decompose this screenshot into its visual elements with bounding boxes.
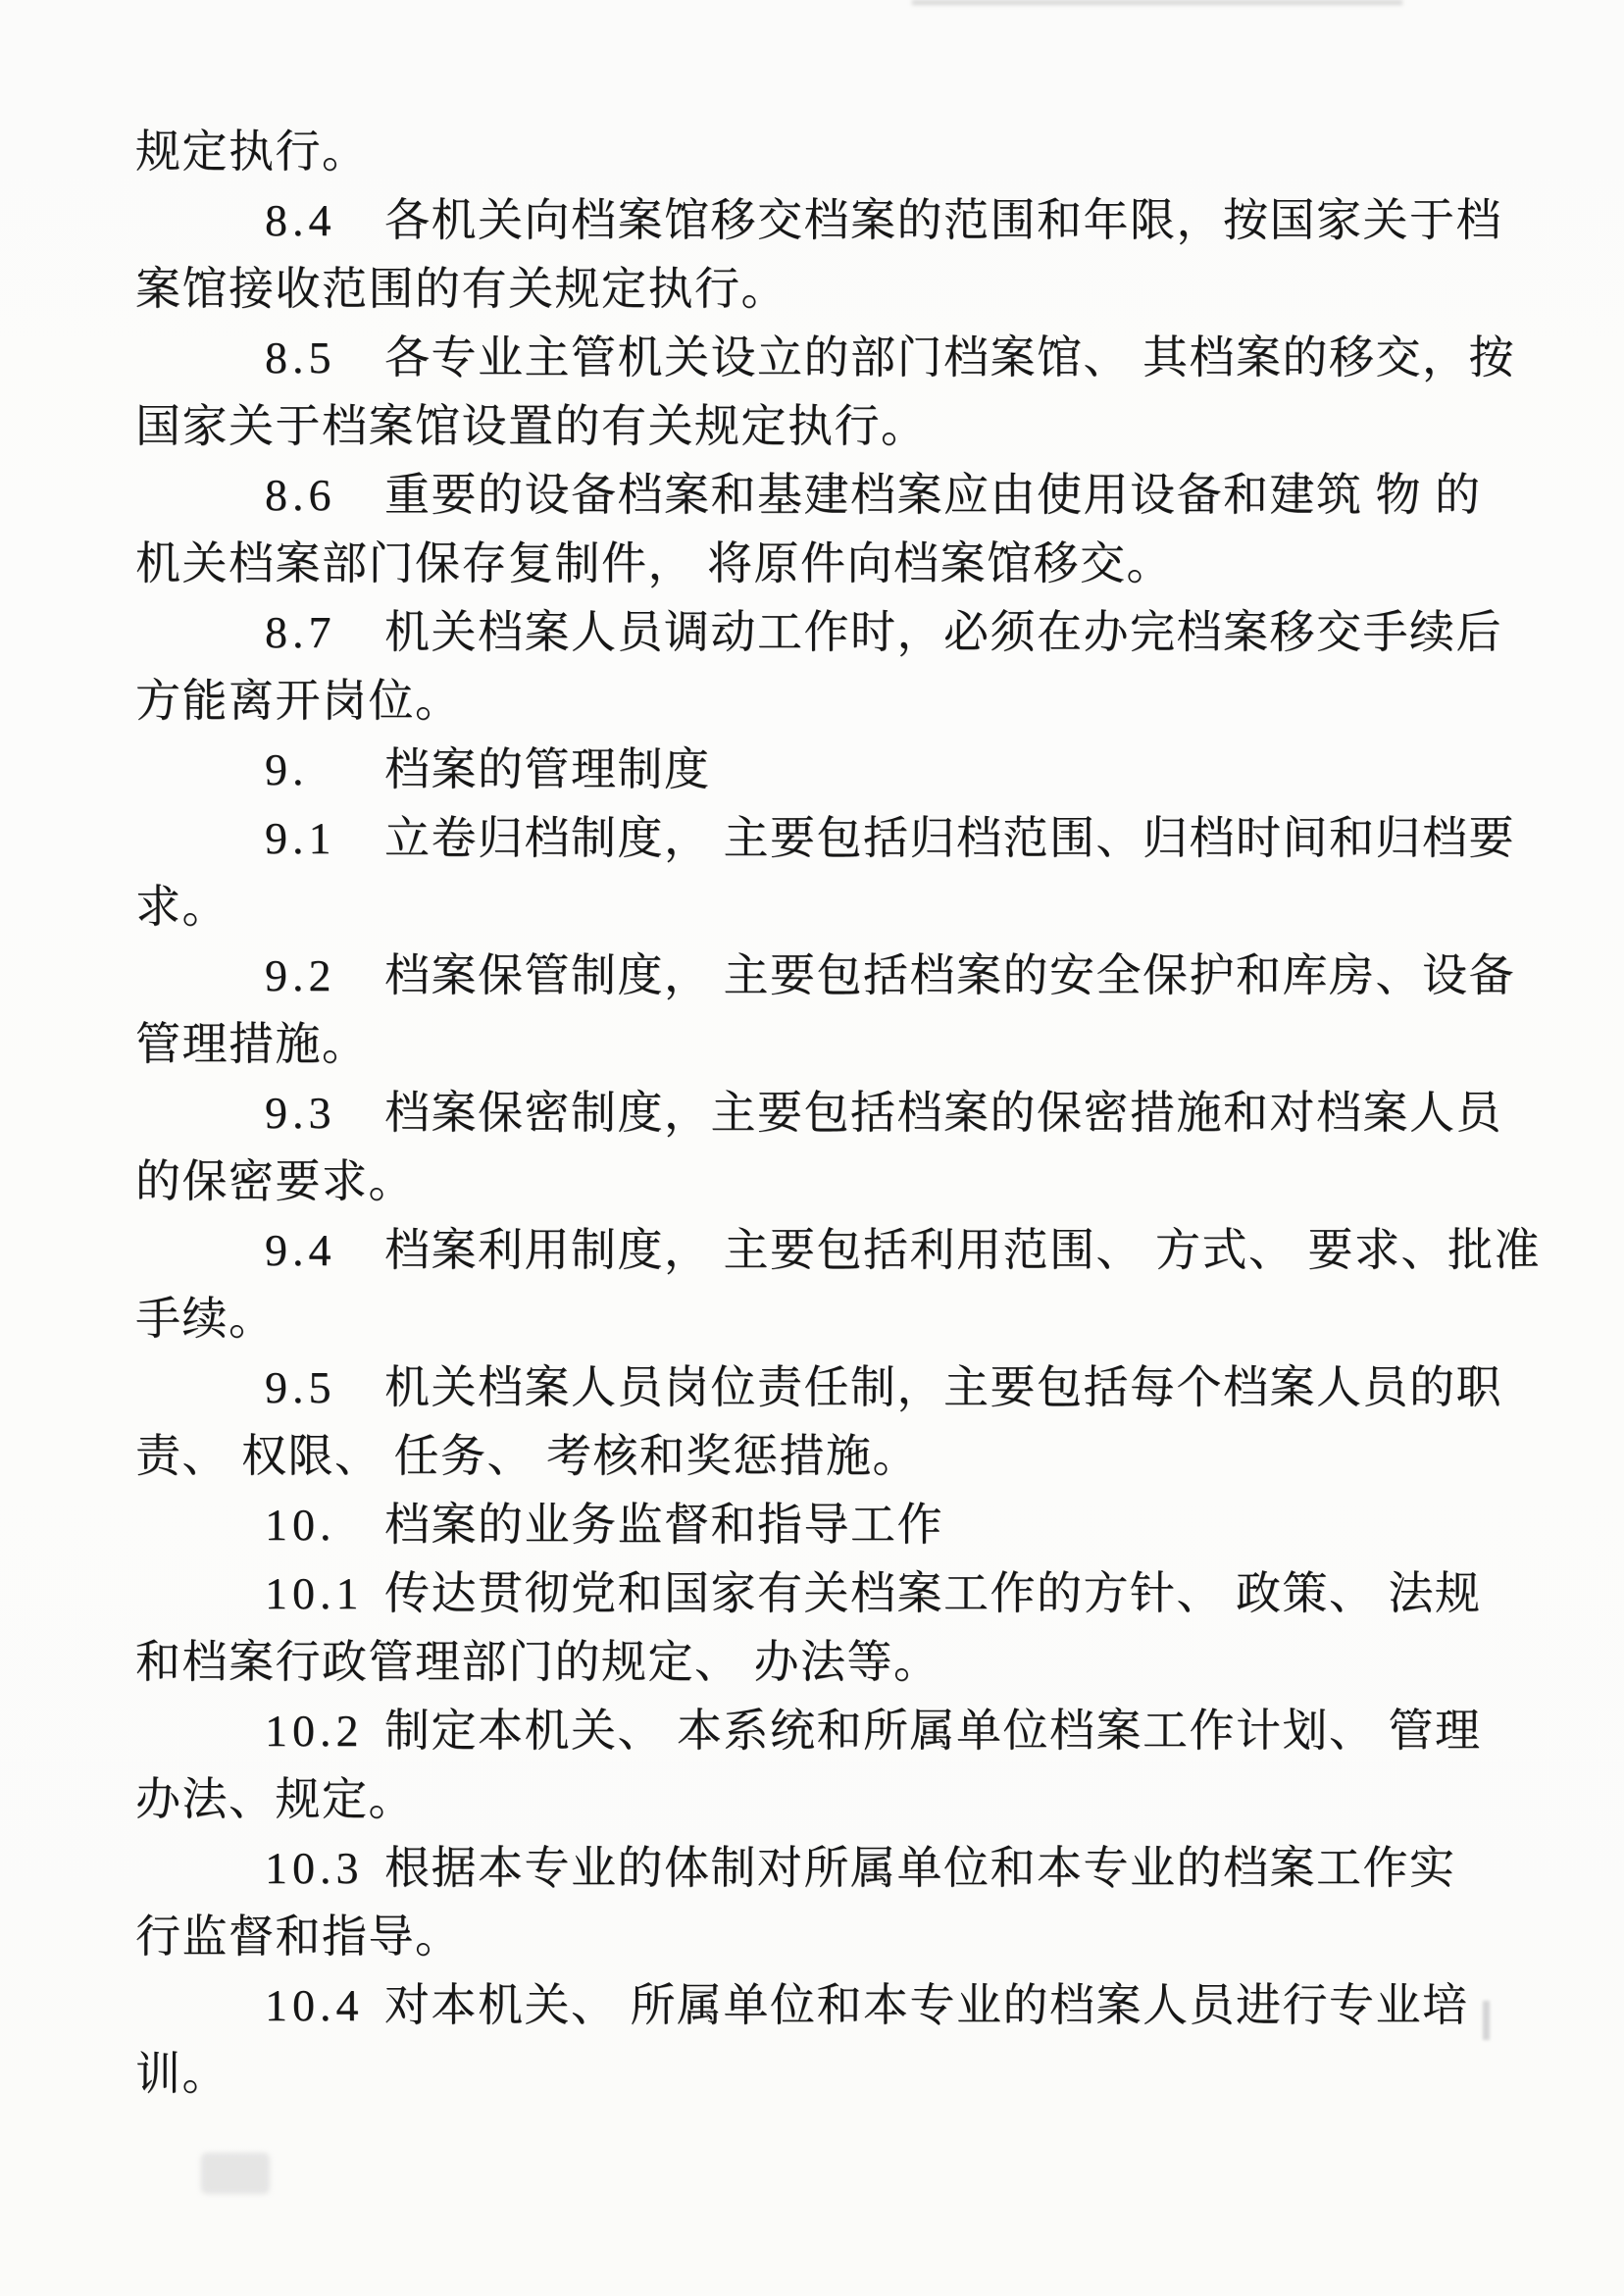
paragraph-text: 档案保管制度， 主要包括档案的安全保护和库房、设备 bbox=[384, 950, 1515, 1000]
paragraph-number: 8.4 bbox=[265, 186, 384, 255]
paragraph-number: 10.1 bbox=[265, 1559, 384, 1628]
paragraph-wrap-line: 国家关于档案馆设置的有关规定执行。 bbox=[135, 392, 1508, 461]
paragraph-wrap-line: 和档案行政管理部门的规定、 办法等。 bbox=[135, 1628, 1508, 1697]
paragraph-first-line: 8.4各机关向档案馆移交档案的范围和年限，按国家关于档 bbox=[135, 186, 1508, 255]
paragraph-number: 9.2 bbox=[265, 942, 384, 1010]
paragraph-number: 9.4 bbox=[265, 1216, 384, 1285]
paragraph-wrap-line: 管理措施。 bbox=[135, 1010, 1508, 1079]
paragraph-first-line: 9.5机关档案人员岗位责任制，主要包括每个档案人员的职 bbox=[135, 1353, 1508, 1422]
paragraph-first-line: 9.4档案利用制度， 主要包括利用范围、 方式、 要求、批准 bbox=[135, 1216, 1508, 1285]
scan-artifact-top-strip bbox=[912, 0, 1402, 5]
paragraph-number: 8.7 bbox=[265, 598, 384, 667]
paragraph-number: 10. bbox=[265, 1491, 384, 1559]
paragraph-first-line: 9.2档案保管制度， 主要包括档案的安全保护和库房、设备 bbox=[135, 942, 1508, 1010]
paragraph-text: 档案利用制度， 主要包括利用范围、 方式、 要求、批准 bbox=[384, 1225, 1541, 1275]
paragraph-text: 机关档案人员调动工作时，必须在办完档案移交手续后 bbox=[384, 607, 1502, 657]
paragraph-text: 档案保密制度，主要包括档案的保密措施和对档案人员 bbox=[384, 1088, 1502, 1138]
document-page: 规定执行。 8.4各机关向档案馆移交档案的范围和年限，按国家关于档案馆接收范围的… bbox=[0, 0, 1624, 2296]
paragraph-first-line: 9.3档案保密制度，主要包括档案的保密措施和对档案人员 bbox=[135, 1079, 1508, 1148]
paragraph-text: 机关档案人员岗位责任制，主要包括每个档案人员的职 bbox=[384, 1362, 1502, 1412]
paragraph-text: 档案的管理制度 bbox=[384, 744, 711, 794]
paragraph-text: 各机关向档案馆移交档案的范围和年限，按国家关于档 bbox=[384, 195, 1502, 245]
scan-artifact-edge-tick bbox=[1483, 2001, 1490, 2040]
paragraph-first-line: 10.4对本机关、 所属单位和本专业的档案人员进行专业培 bbox=[135, 1971, 1508, 2040]
continuation-line: 规定执行。 bbox=[135, 118, 1508, 186]
paragraph-wrap-line: 行监督和指导。 bbox=[135, 1903, 1508, 1971]
paragraph-first-line: 8.7机关档案人员调动工作时，必须在办完档案移交手续后 bbox=[135, 598, 1508, 667]
paragraph-text: 对本机关、 所属单位和本专业的档案人员进行专业培 bbox=[384, 1980, 1469, 2030]
paragraph-text: 各专业主管机关设立的部门档案馆、 其档案的移交，按 bbox=[384, 332, 1515, 383]
paragraph-wrap-line: 方能离开岗位。 bbox=[135, 667, 1508, 736]
paragraph-text: 根据本专业的体制对所属单位和本专业的档案工作实 bbox=[384, 1843, 1456, 1893]
paragraph-wrap-line: 办法、规定。 bbox=[135, 1765, 1508, 1834]
paragraph-wrap-line: 训。 bbox=[135, 2040, 1508, 2109]
paragraph-number: 9.3 bbox=[265, 1079, 384, 1148]
paragraph-first-line: 10.1传达贯彻党和国家有关档案工作的方针、 政策、 法规 bbox=[135, 1559, 1508, 1628]
paragraph-first-line: 9.档案的管理制度 bbox=[135, 736, 1508, 804]
paragraph-wrap-line: 机关档案部门保存复制件， 将原件向档案馆移交。 bbox=[135, 530, 1508, 598]
paragraph-first-line: 10.3根据本专业的体制对所属单位和本专业的档案工作实 bbox=[135, 1834, 1508, 1903]
paragraph-text: 传达贯彻党和国家有关档案工作的方针、 政策、 法规 bbox=[384, 1568, 1482, 1618]
paragraph-first-line: 10.2制定本机关、 本系统和所属单位档案工作计划、 管理 bbox=[135, 1697, 1508, 1765]
paragraph-first-line: 9.1立卷归档制度， 主要包括归档范围、归档时间和归档要 bbox=[135, 804, 1508, 873]
paragraph-first-line: 10.档案的业务监督和指导工作 bbox=[135, 1491, 1508, 1559]
paragraph-number: 9.5 bbox=[265, 1353, 384, 1422]
paragraph-text: 制定本机关、 本系统和所属单位档案工作计划、 管理 bbox=[384, 1706, 1482, 1756]
paragraph-number: 8.5 bbox=[265, 324, 384, 392]
paragraph-number: 10.2 bbox=[265, 1697, 384, 1765]
paragraph-wrap-line: 求。 bbox=[135, 873, 1508, 942]
paragraph-number: 10.4 bbox=[265, 1971, 384, 2040]
paragraph-text: 档案的业务监督和指导工作 bbox=[384, 1500, 943, 1550]
paragraph-number: 10.3 bbox=[265, 1834, 384, 1903]
paragraph-number: 8.6 bbox=[265, 461, 384, 530]
text-block: 规定执行。 8.4各机关向档案馆移交档案的范围和年限，按国家关于档案馆接收范围的… bbox=[135, 118, 1508, 2109]
paragraph-number: 9. bbox=[265, 736, 384, 804]
paragraph-wrap-line: 案馆接收范围的有关规定执行。 bbox=[135, 255, 1508, 324]
paragraph-text: 立卷归档制度， 主要包括归档范围、归档时间和归档要 bbox=[384, 813, 1515, 863]
paragraph-wrap-line: 责、 权限、 任务、 考核和奖惩措施。 bbox=[135, 1422, 1508, 1491]
paragraph-first-line: 8.5各专业主管机关设立的部门档案馆、 其档案的移交，按 bbox=[135, 324, 1508, 392]
scan-artifact-smudge bbox=[201, 2153, 270, 2194]
paragraph-wrap-line: 的保密要求。 bbox=[135, 1148, 1508, 1216]
paragraph-text: 重要的设备档案和基建档案应由使用设备和建筑 物 的 bbox=[384, 470, 1482, 520]
paragraph-number: 9.1 bbox=[265, 804, 384, 873]
paragraph-wrap-line: 手续。 bbox=[135, 1285, 1508, 1353]
paragraph-first-line: 8.6重要的设备档案和基建档案应由使用设备和建筑 物 的 bbox=[135, 461, 1508, 530]
